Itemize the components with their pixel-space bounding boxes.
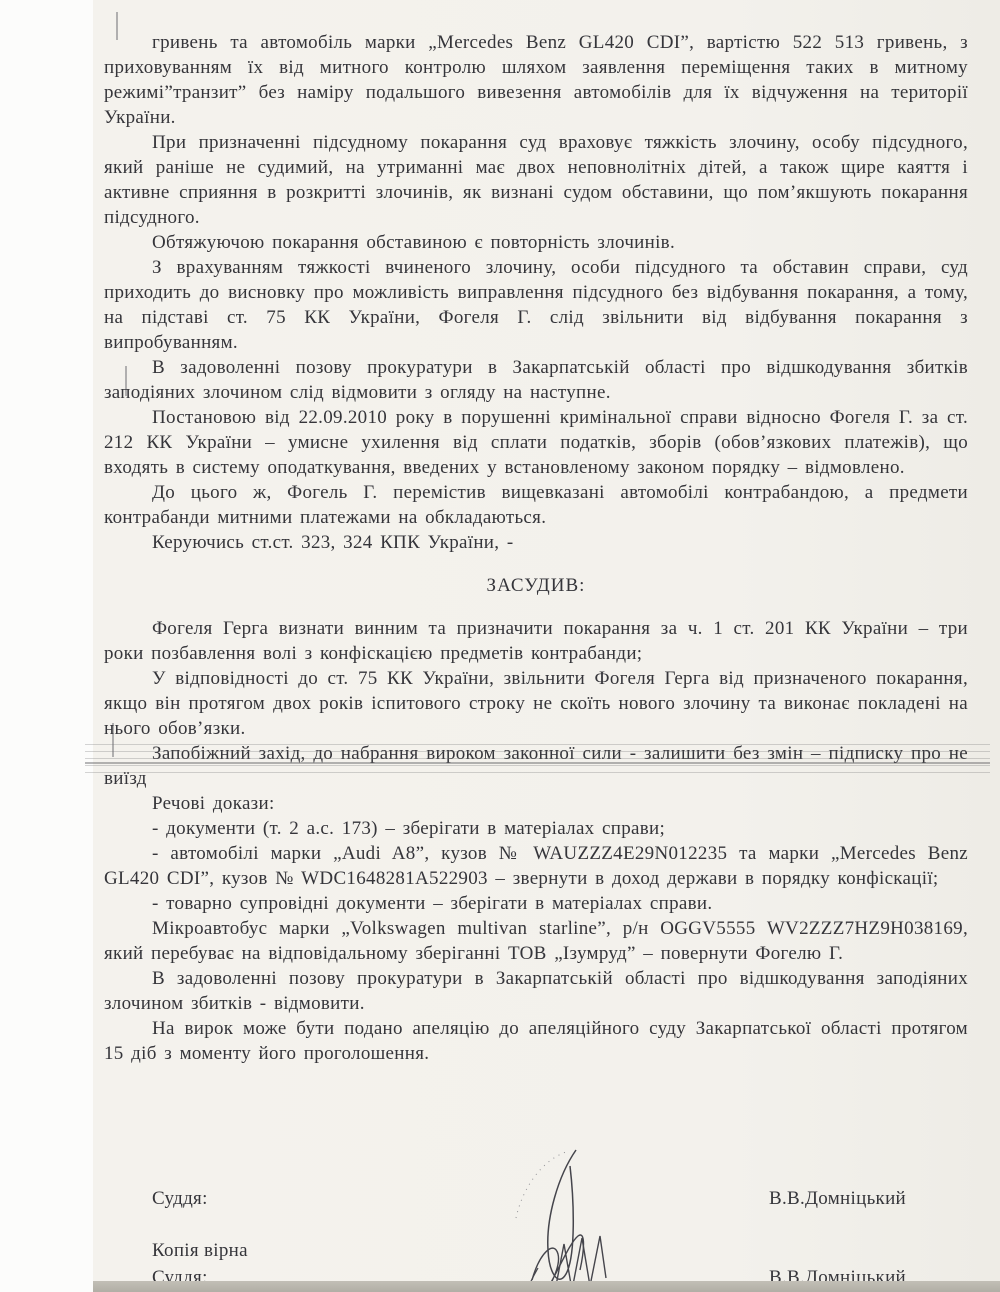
- paragraph-claim-denied: В задоволенні позову прокуратури в Закар…: [104, 966, 968, 1016]
- judge-label: Суддя:: [152, 1186, 208, 1211]
- evidence-item-documents: - документи (т. 2 а.с. 173) – зберігати …: [104, 816, 968, 841]
- paragraph-contraband-vehicle: гривень та автомобіль марки „Mercedes Be…: [104, 30, 968, 130]
- evidence-item-vehicles: - автомобілі марки „Audi A8”, кузов № WA…: [104, 841, 968, 891]
- paragraph-probation-reasoning: З врахуванням тяжкості вчиненого злочину…: [104, 255, 968, 355]
- paragraph-preventive-measure: Запобіжний захід, до набрання вироком за…: [104, 741, 968, 791]
- paragraph-customs-duties: До цього ж, Фогель Г. перемістив вищевка…: [104, 480, 968, 530]
- evidence-heading: Речові докази:: [104, 791, 968, 816]
- paragraph-legal-basis: Керуючись ст.ст. 323, 324 КПК України, -: [104, 530, 968, 555]
- verdict-heading: ЗАСУДИВ:: [104, 573, 968, 598]
- evidence-item-shipping-docs: - товарно супровідні документи – зберіга…: [104, 891, 968, 916]
- document-body: гривень та автомобіль марки „Mercedes Be…: [104, 30, 968, 1066]
- paragraph-mitigating-circumstances: При призначенні підсудному покарання суд…: [104, 130, 968, 230]
- judge-handwritten-signature: [488, 1148, 653, 1292]
- paragraph-minibus-return: Мікроавтобус марки „Volkswagen multivan …: [104, 916, 968, 966]
- paragraph-prosecutor-claim: В задоволенні позову прокуратури в Закар…: [104, 355, 968, 405]
- paragraph-aggravating-circumstance: Обтяжуючою покарання обставиною є повтор…: [104, 230, 968, 255]
- paragraph-tax-case-ruling: Постановою від 22.09.2010 року в порушен…: [104, 405, 968, 480]
- paragraph-probation-release: У відповідності до ст. 75 КК України, зв…: [104, 666, 968, 741]
- paragraph-appeal-rights: На вирок може бути подано апеляцію до ап…: [104, 1016, 968, 1066]
- judge-name: В.В.Домніцький: [769, 1186, 906, 1211]
- scan-bottom-edge: [93, 1281, 1000, 1292]
- scanned-court-verdict-page: гривень та автомобіль марки „Mercedes Be…: [0, 0, 1000, 1292]
- paragraph-guilty-verdict: Фогеля Герга визнати винним та призначит…: [104, 616, 968, 666]
